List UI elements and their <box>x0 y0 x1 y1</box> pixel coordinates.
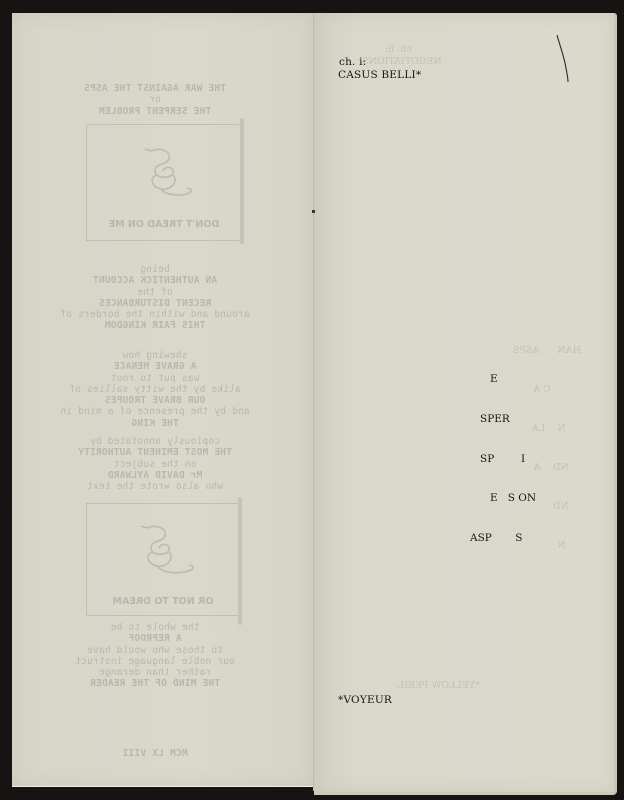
ghost-title-line: THE WAR AGAINST THE ASPS <box>30 83 280 94</box>
ghost-line: A REPROOF <box>30 633 280 644</box>
ghost-flag-top: DON'T TREAD ON ME <box>86 124 242 241</box>
pencil-mark-icon <box>556 34 572 84</box>
ghost-chapter-title: NEGOTIATIONS <box>362 56 442 67</box>
ghost-flagpole-bottom <box>238 497 242 625</box>
ghost-line: A GRAVE MENACE <box>30 361 280 372</box>
chapter-label: ch. i: <box>339 56 366 68</box>
ghost-line: who also wrote the text <box>30 481 280 492</box>
ghost-line: of the <box>30 287 280 298</box>
ghost-flag-top-text: DON'T TREAD ON ME <box>87 219 241 230</box>
crossword-line: E S ON <box>470 492 536 505</box>
ghost-line: was put to rout <box>30 373 280 384</box>
ghost-line: on the subject <box>30 459 280 470</box>
crossword-line: ASP S <box>470 532 536 545</box>
ghost-line: alike by the witty sallies of <box>30 384 280 395</box>
ghost-line: AN AUTHENTICK ACCOUNT <box>30 275 280 286</box>
ghost-flagpole-top <box>240 118 244 244</box>
ghost-title-line: THE SERPENT PROBLEM <box>30 106 280 117</box>
ghost-line: RECENT DISTURBANCES <box>30 298 280 309</box>
ghost-title: THE WAR AGAINST THE ASPS or THE SERPENT … <box>30 83 280 117</box>
ghost-body-3: copiously annotated by THE MOST EMINENT … <box>30 436 280 492</box>
footnote: *VOYEUR <box>338 694 392 706</box>
coiled-snake-icon <box>131 145 195 201</box>
ghost-chapter-label: ch. ii: <box>385 44 412 55</box>
ghost-line: rather than derange <box>30 667 280 678</box>
ghost-flag-bottom: OR NOT TO DREAM <box>86 503 240 616</box>
ghost-title-line: or <box>30 94 280 105</box>
ghost-line: THIS FAIR KINGDOM <box>30 320 280 331</box>
ghost-line: our noble language instruct <box>30 656 280 667</box>
ghost-body-2: shewing how A GRAVE MENACE was put to ro… <box>30 350 280 429</box>
ghost-body-1: being AN AUTHENTICK ACCOUNT of the RECEN… <box>30 264 280 332</box>
crossword-line: E <box>470 373 536 386</box>
spine-mark <box>312 210 315 213</box>
chapter-title: CASUS BELLI* <box>338 69 421 81</box>
crossword-line: SP I <box>470 453 536 466</box>
ghost-body-4: the whole to be A REPROOF to those who w… <box>30 622 280 690</box>
ghost-line: OUR BRAVE TROUPES <box>30 395 280 406</box>
ghost-line: THE MOST EMINENT AUTHORITY <box>30 447 280 458</box>
crossword-line: SPER <box>470 413 536 426</box>
coiled-snake-icon <box>125 522 195 578</box>
ghost-footer-text: MCM LX VIII <box>30 748 280 759</box>
ghost-line: and by the presence of a mind in <box>30 406 280 417</box>
ghost-line: shewing how <box>30 350 280 361</box>
ghost-line: THE MIND OF THE READER <box>30 678 280 689</box>
ghost-line: copiously annotated by <box>30 436 280 447</box>
ghost-line: Mr DAVID AYLWARD <box>30 470 280 481</box>
ghost-footnote: *YELLOW PERIL <box>398 680 480 691</box>
crossword-fragment: E SPER SP I E S ON ASP S <box>470 347 536 558</box>
ghost-footer: MCM LX VIII <box>30 748 280 759</box>
ghost-line: around and within the borders of <box>30 309 280 320</box>
ghost-line: THE KING <box>30 418 280 429</box>
book-spine <box>313 13 314 791</box>
ghost-line: the whole to be <box>30 622 280 633</box>
ghost-line: being <box>30 264 280 275</box>
ghost-flag-bottom-text: OR NOT TO DREAM <box>87 596 239 607</box>
ghost-line: to those who would have <box>30 645 280 656</box>
